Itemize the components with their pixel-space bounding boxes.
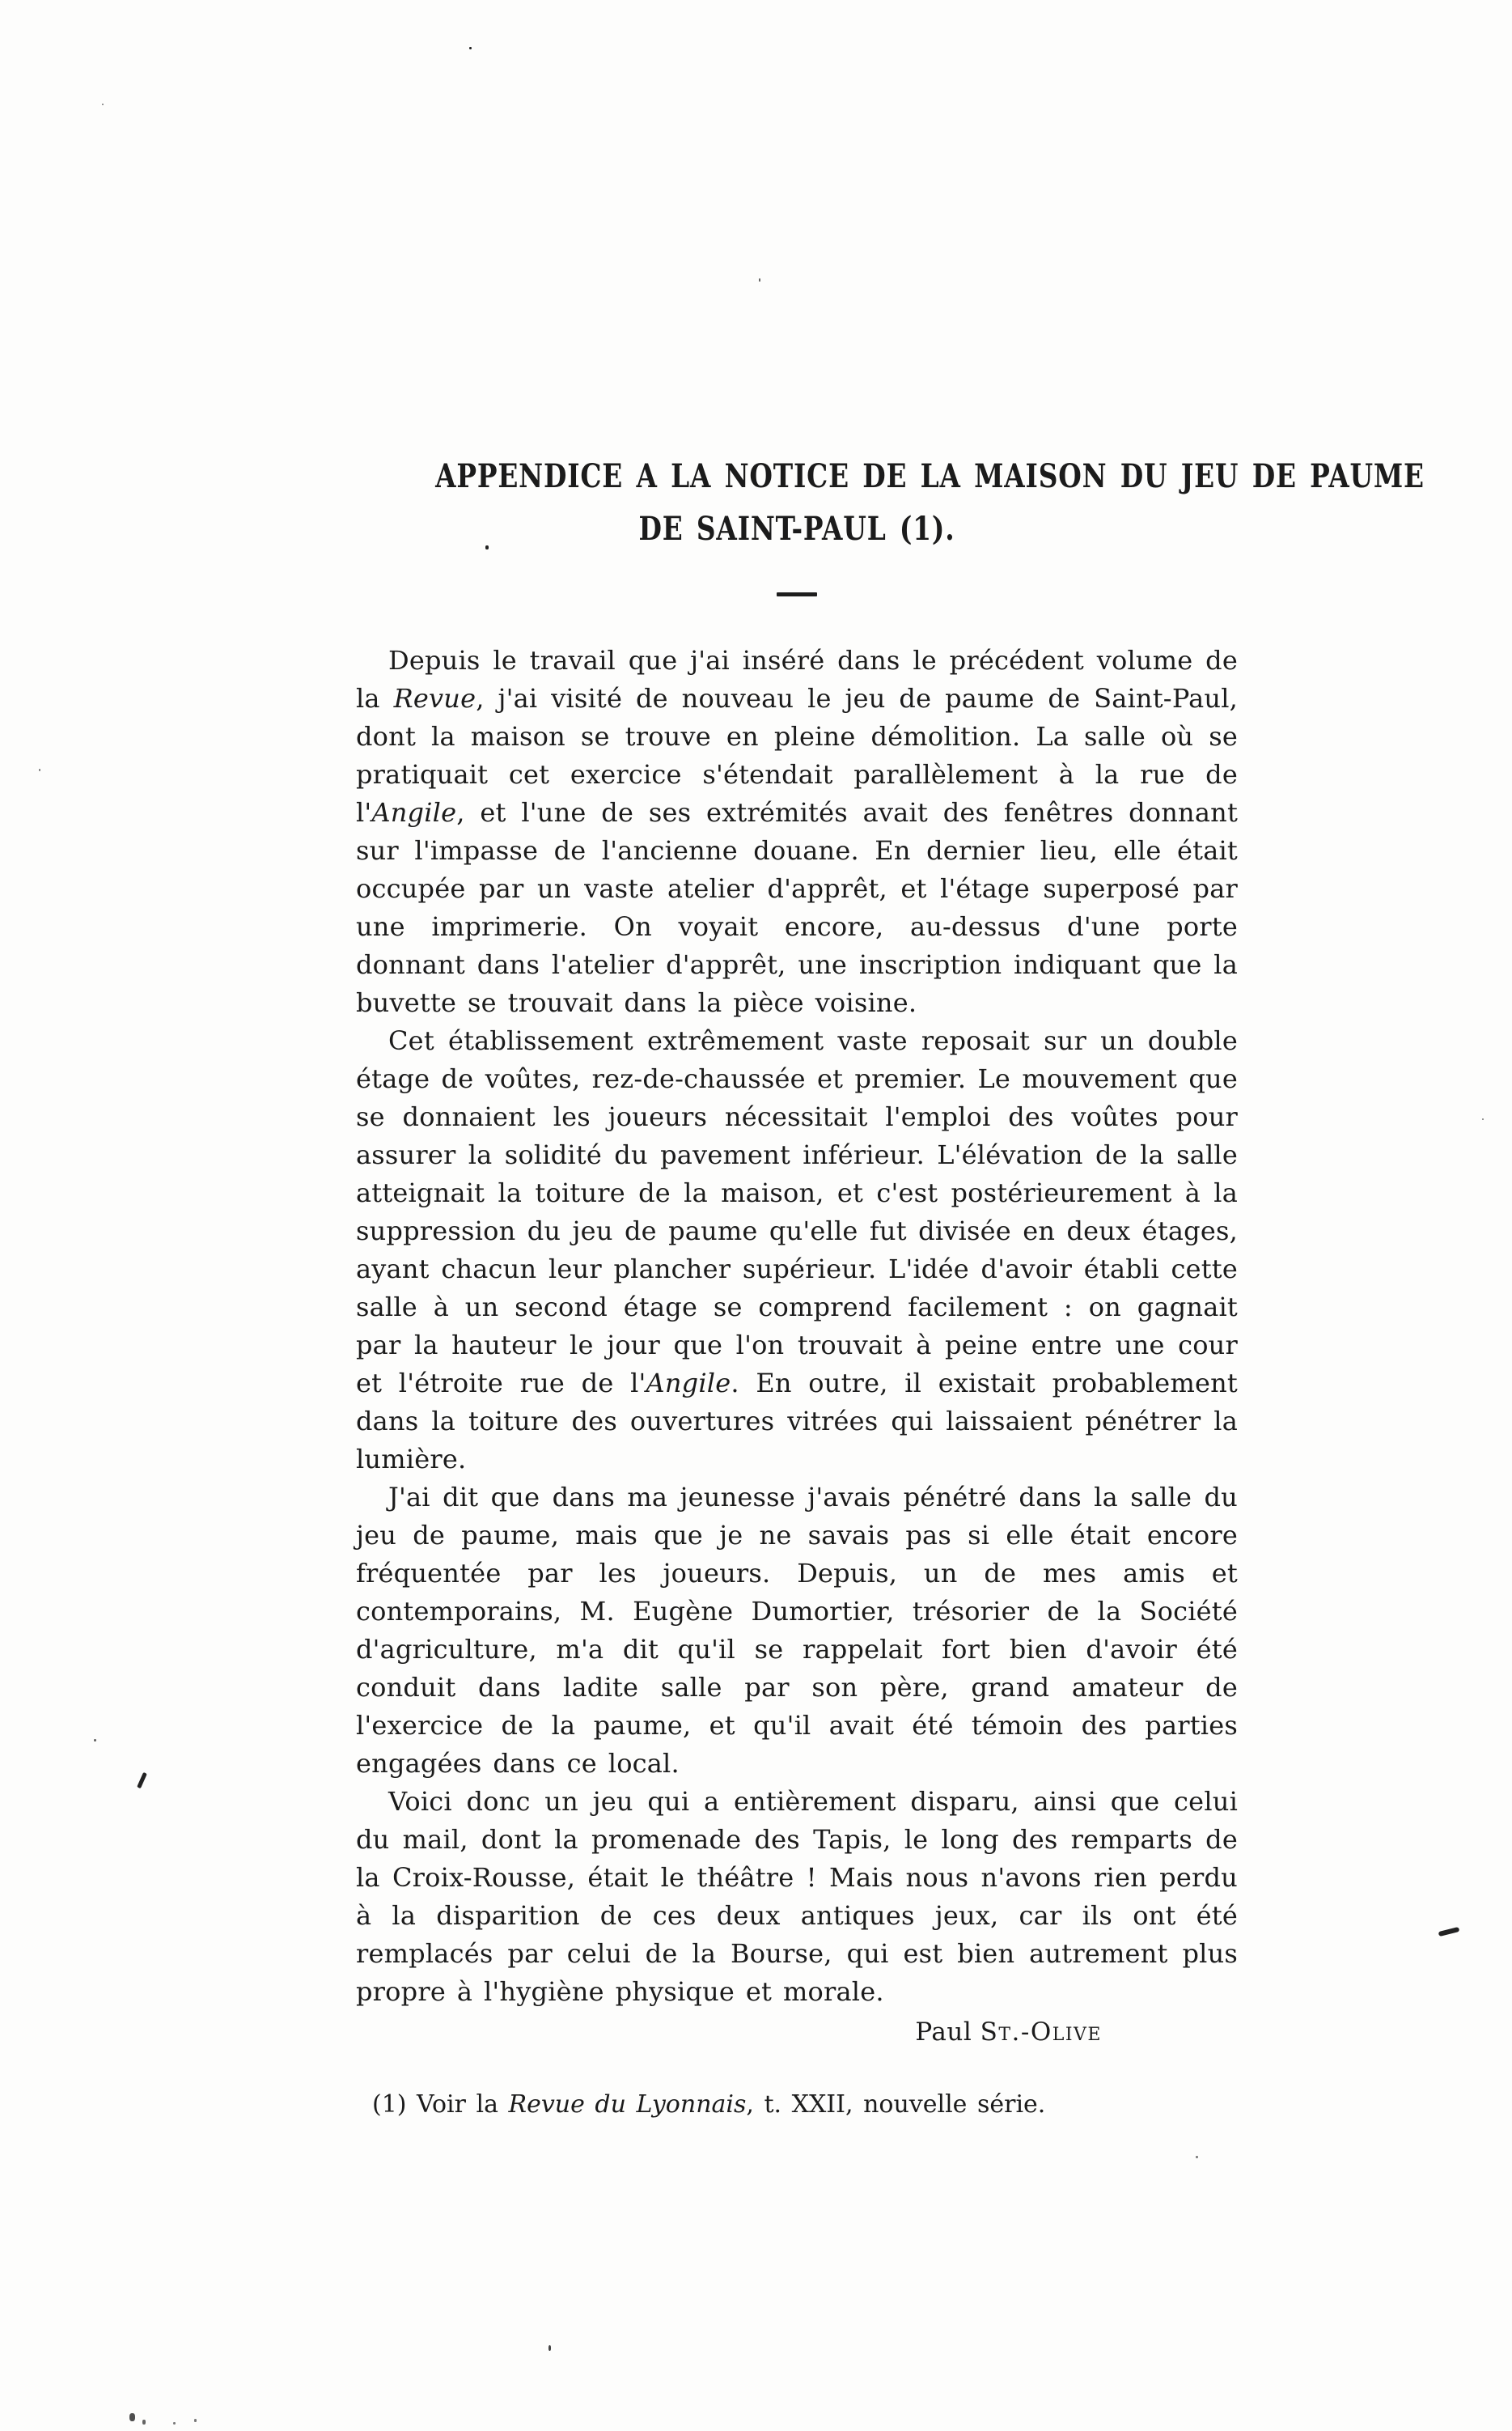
- scan-speck: [39, 769, 40, 771]
- text-run: (1) Voir la: [372, 2090, 509, 2119]
- scan-speck: [194, 2419, 197, 2422]
- paragraph-4: Voici donc un jeu qui a entièrement disp…: [356, 1783, 1238, 2011]
- paragraph-1: Depuis le travail que j'ai inséré dans l…: [356, 642, 1238, 1022]
- scan-speck: [173, 2422, 176, 2425]
- scan-speck: [129, 2413, 135, 2421]
- footnote: (1) Voir la Revue du Lyonnais, t. XXII, …: [356, 2090, 1238, 2119]
- page-content: APPENDICE A LA NOTICE DE LA MAISON DU JE…: [356, 450, 1238, 2119]
- scan-speck: [548, 2345, 551, 2351]
- text-run: , et l'une de ses extrémités avait des f…: [356, 797, 1238, 1018]
- italic-text-run: Revue du Lyonnais: [509, 2090, 747, 2119]
- author-signature: Paul St.-Olive: [356, 2017, 1238, 2047]
- italic-text-run: Angile: [646, 1368, 731, 1398]
- article-title-line2: DE SAINT-PAUL (1).: [435, 503, 1158, 555]
- text-run: , t. XXII, nouvelle série.: [746, 2090, 1045, 2119]
- scan-speck: [1482, 1118, 1484, 1120]
- scan-speck: [102, 104, 104, 105]
- article-title: APPENDICE A LA NOTICE DE LA MAISON DU JE…: [356, 450, 1238, 555]
- text-run: Voici donc un jeu qui a entièrement disp…: [356, 1786, 1238, 2007]
- author-first-name: Paul: [915, 2017, 980, 2047]
- scan-speck: [1196, 2156, 1198, 2158]
- section-divider-rule: [777, 592, 817, 596]
- scan-speck: [485, 545, 489, 549]
- italic-text-run: Angile: [371, 797, 456, 828]
- paragraph-2: Cet établissement extrêmement vaste repo…: [356, 1022, 1238, 1479]
- scan-speck: [1438, 1927, 1460, 1937]
- italic-text-run: Revue: [394, 683, 476, 714]
- scanned-book-page: APPENDICE A LA NOTICE DE LA MAISON DU JE…: [0, 0, 1512, 2431]
- scan-speck: [469, 47, 472, 49]
- scan-speck: [94, 1739, 96, 1742]
- author-last-name: St.-Olive: [980, 2017, 1102, 2047]
- paragraph-3: J'ai dit que dans ma jeunesse j'avais pé…: [356, 1479, 1238, 1783]
- article-title-line1: APPENDICE A LA NOTICE DE LA MAISON DU JE…: [435, 450, 1158, 503]
- text-run: Cet établissement extrêmement vaste repo…: [356, 1025, 1238, 1398]
- text-run: J'ai dit que dans ma jeunesse j'avais pé…: [356, 1482, 1238, 1779]
- scan-speck: [137, 1772, 147, 1788]
- scan-speck: [142, 2420, 146, 2425]
- article-body: Depuis le travail que j'ai inséré dans l…: [356, 642, 1238, 2011]
- scan-speck: [759, 278, 760, 282]
